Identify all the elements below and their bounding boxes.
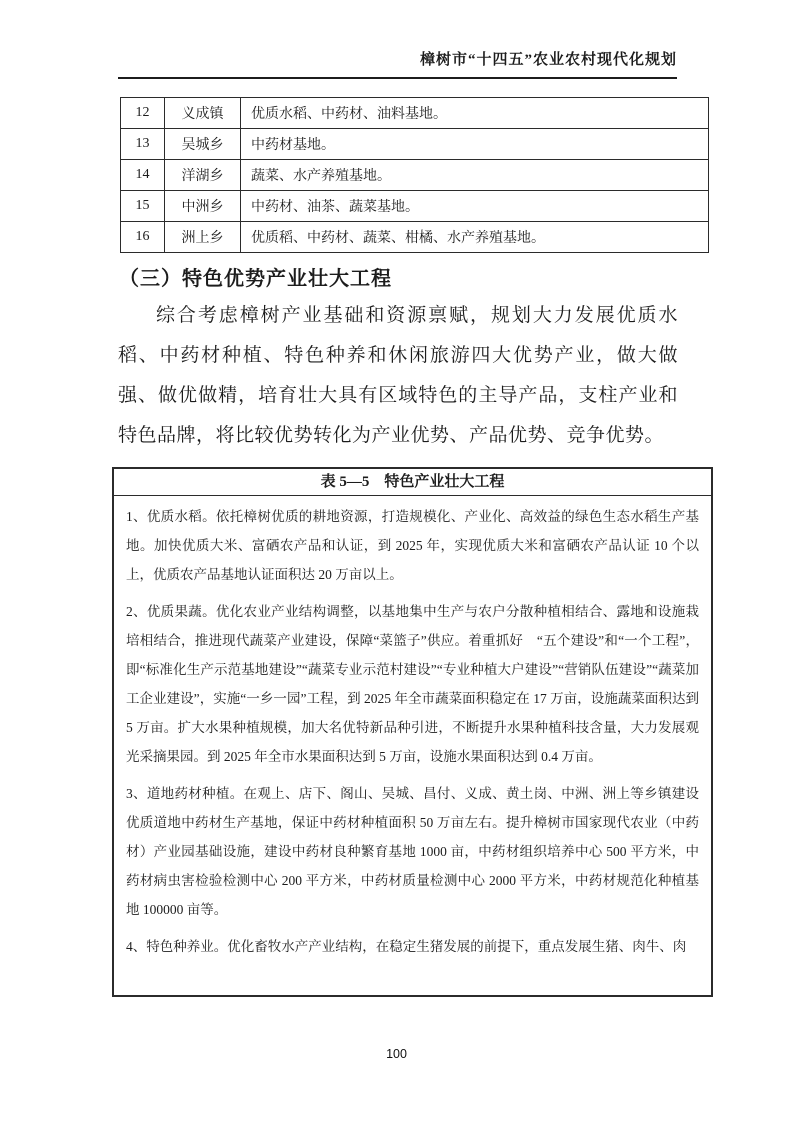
town-industries: 中药材基地。 — [241, 129, 709, 160]
project-item: 3、道地药材种植。在观上、店下、阁山、吴城、昌付、义成、黄土岗、中洲、洲上等乡镇… — [126, 779, 699, 924]
section-paragraph: 综合考虑樟树产业基础和资源禀赋，规划大力发展优质水稻、中药材种植、特色种养和休闲… — [118, 296, 678, 456]
row-number: 14 — [121, 160, 165, 191]
project-item: 2、优质果蔬。优化农业产业结构调整，以基地集中生产与农户分散种植相结合、露地和设… — [126, 597, 699, 771]
row-number: 13 — [121, 129, 165, 160]
project-item: 4、特色种养业。优化畜牧水产产业结构，在稳定生猪发展的前提下，重点发展生猪、肉牛… — [126, 932, 699, 961]
page-header: 樟树市“十四五”农业农村现代化规划 — [118, 48, 677, 79]
project-table-title: 表 5—5 特色产业壮大工程 — [114, 469, 711, 496]
row-number: 15 — [121, 191, 165, 222]
town-name: 洲上乡 — [165, 222, 241, 253]
town-industries: 优质稻、中药材、蔬菜、柑橘、水产养殖基地。 — [241, 222, 709, 253]
town-industries: 优质水稻、中药材、油料基地。 — [241, 98, 709, 129]
document-page: 樟树市“十四五”农业农村现代化规划 12 义成镇 优质水稻、中药材、油料基地。 … — [0, 0, 793, 1122]
table-row: 14 洋湖乡 蔬菜、水产养殖基地。 — [121, 160, 709, 191]
town-name: 洋湖乡 — [165, 160, 241, 191]
town-name: 义成镇 — [165, 98, 241, 129]
town-industries: 蔬菜、水产养殖基地。 — [241, 160, 709, 191]
town-name: 中洲乡 — [165, 191, 241, 222]
project-table: 表 5—5 特色产业壮大工程 1、优质水稻。依托樟树优质的耕地资源，打造规模化、… — [112, 467, 713, 997]
project-table-body: 1、优质水稻。依托樟树优质的耕地资源，打造规模化、产业化、高效益的绿色生态水稻生… — [114, 496, 711, 961]
table-row: 16 洲上乡 优质稻、中药材、蔬菜、柑橘、水产养殖基地。 — [121, 222, 709, 253]
project-item: 1、优质水稻。依托樟树优质的耕地资源，打造规模化、产业化、高效益的绿色生态水稻生… — [126, 502, 699, 589]
table-row: 12 义成镇 优质水稻、中药材、油料基地。 — [121, 98, 709, 129]
table-row: 13 吴城乡 中药材基地。 — [121, 129, 709, 160]
header-title: 樟树市“十四五”农业农村现代化规划 — [420, 52, 677, 68]
town-industries: 中药材、油茶、蔬菜基地。 — [241, 191, 709, 222]
table-row: 15 中洲乡 中药材、油茶、蔬菜基地。 — [121, 191, 709, 222]
page-number: 100 — [0, 1047, 793, 1061]
town-industry-table: 12 义成镇 优质水稻、中药材、油料基地。 13 吴城乡 中药材基地。 14 洋… — [120, 97, 709, 253]
town-name: 吴城乡 — [165, 129, 241, 160]
row-number: 12 — [121, 98, 165, 129]
section-heading: （三）特色优势产业壮大工程 — [119, 262, 392, 291]
row-number: 16 — [121, 222, 165, 253]
